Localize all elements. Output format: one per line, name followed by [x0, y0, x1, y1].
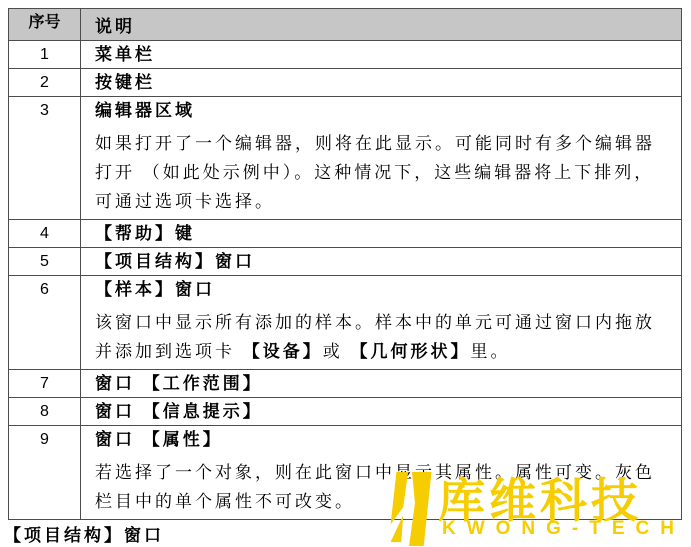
row-title: 【帮助】键	[95, 223, 673, 244]
row-paragraph: 该窗口中显示所有添加的样本。样本中的单元可通过窗口内拖放并添加到选项卡 【设备】…	[95, 308, 673, 366]
table-row: 6 【样本】窗口 该窗口中显示所有添加的样本。样本中的单元可通过窗口内拖放并添加…	[9, 276, 681, 370]
kwong-tech-watermark: 库维科技 KWONG-TECH	[388, 470, 688, 547]
row-description: 【帮助】键	[81, 220, 681, 247]
row-number: 4	[9, 220, 81, 247]
header-cell-description: 说明	[81, 9, 681, 40]
row-description: 【样本】窗口 该窗口中显示所有添加的样本。样本中的单元可通过窗口内拖放并添加到选…	[81, 276, 681, 369]
table-row: 1 菜单栏	[9, 41, 681, 69]
table-row: 3 编辑器区域 如果打开了一个编辑器，则将在此显示。可能同时有多个编辑器打开 （…	[9, 97, 681, 220]
bold-term-geometry: 【几何形状】	[350, 342, 470, 361]
row-number: 9	[9, 426, 81, 519]
table-row: 2 按键栏	[9, 69, 681, 97]
description-table: 序号 说明 1 菜单栏 2 按键栏 3 编辑器区域 如果打开了一个编辑器，则将在…	[8, 8, 682, 520]
row-number: 7	[9, 370, 81, 397]
row-title: 窗口 【工作范围】	[95, 373, 673, 394]
row-number: 1	[9, 41, 81, 68]
table-row: 8 窗口 【信息提示】	[9, 398, 681, 426]
row-description: 【项目结构】窗口	[81, 248, 681, 275]
table-row: 5 【项目结构】窗口	[9, 248, 681, 276]
row-description: 窗口 【信息提示】	[81, 398, 681, 425]
row-number: 2	[9, 69, 81, 96]
header-cell-number: 序号	[9, 9, 81, 40]
row-description: 编辑器区域 如果打开了一个编辑器，则将在此显示。可能同时有多个编辑器打开 （如此…	[81, 97, 681, 219]
row-description: 按键栏	[81, 69, 681, 96]
paragraph-text: 或	[323, 342, 351, 361]
row-title: 编辑器区域	[95, 100, 673, 121]
kwong-tech-logo-icon	[388, 472, 436, 546]
table-header-row: 序号 说明	[9, 9, 681, 41]
section-caption: 【项目结构】窗口	[4, 521, 164, 546]
row-number: 3	[9, 97, 81, 219]
row-title: 按键栏	[95, 72, 673, 93]
table-row: 4 【帮助】键	[9, 220, 681, 248]
row-number: 6	[9, 276, 81, 369]
row-description: 窗口 【工作范围】	[81, 370, 681, 397]
row-title: 【项目结构】窗口	[95, 251, 673, 272]
row-number: 8	[9, 398, 81, 425]
row-title: 窗口 【信息提示】	[95, 401, 673, 422]
row-title: 【样本】窗口	[95, 279, 673, 300]
table-row: 7 窗口 【工作范围】	[9, 370, 681, 398]
bold-term-devices: 【设备】	[243, 342, 323, 361]
row-title: 菜单栏	[95, 44, 673, 65]
logo-name-english: KWONG-TECH	[442, 518, 685, 540]
row-number: 5	[9, 248, 81, 275]
row-paragraph: 如果打开了一个编辑器，则将在此显示。可能同时有多个编辑器打开 （如此处示例中）。…	[95, 129, 673, 216]
paragraph-text: 里。	[470, 342, 510, 361]
row-title: 窗口 【属性】	[95, 429, 673, 450]
row-description: 菜单栏	[81, 41, 681, 68]
